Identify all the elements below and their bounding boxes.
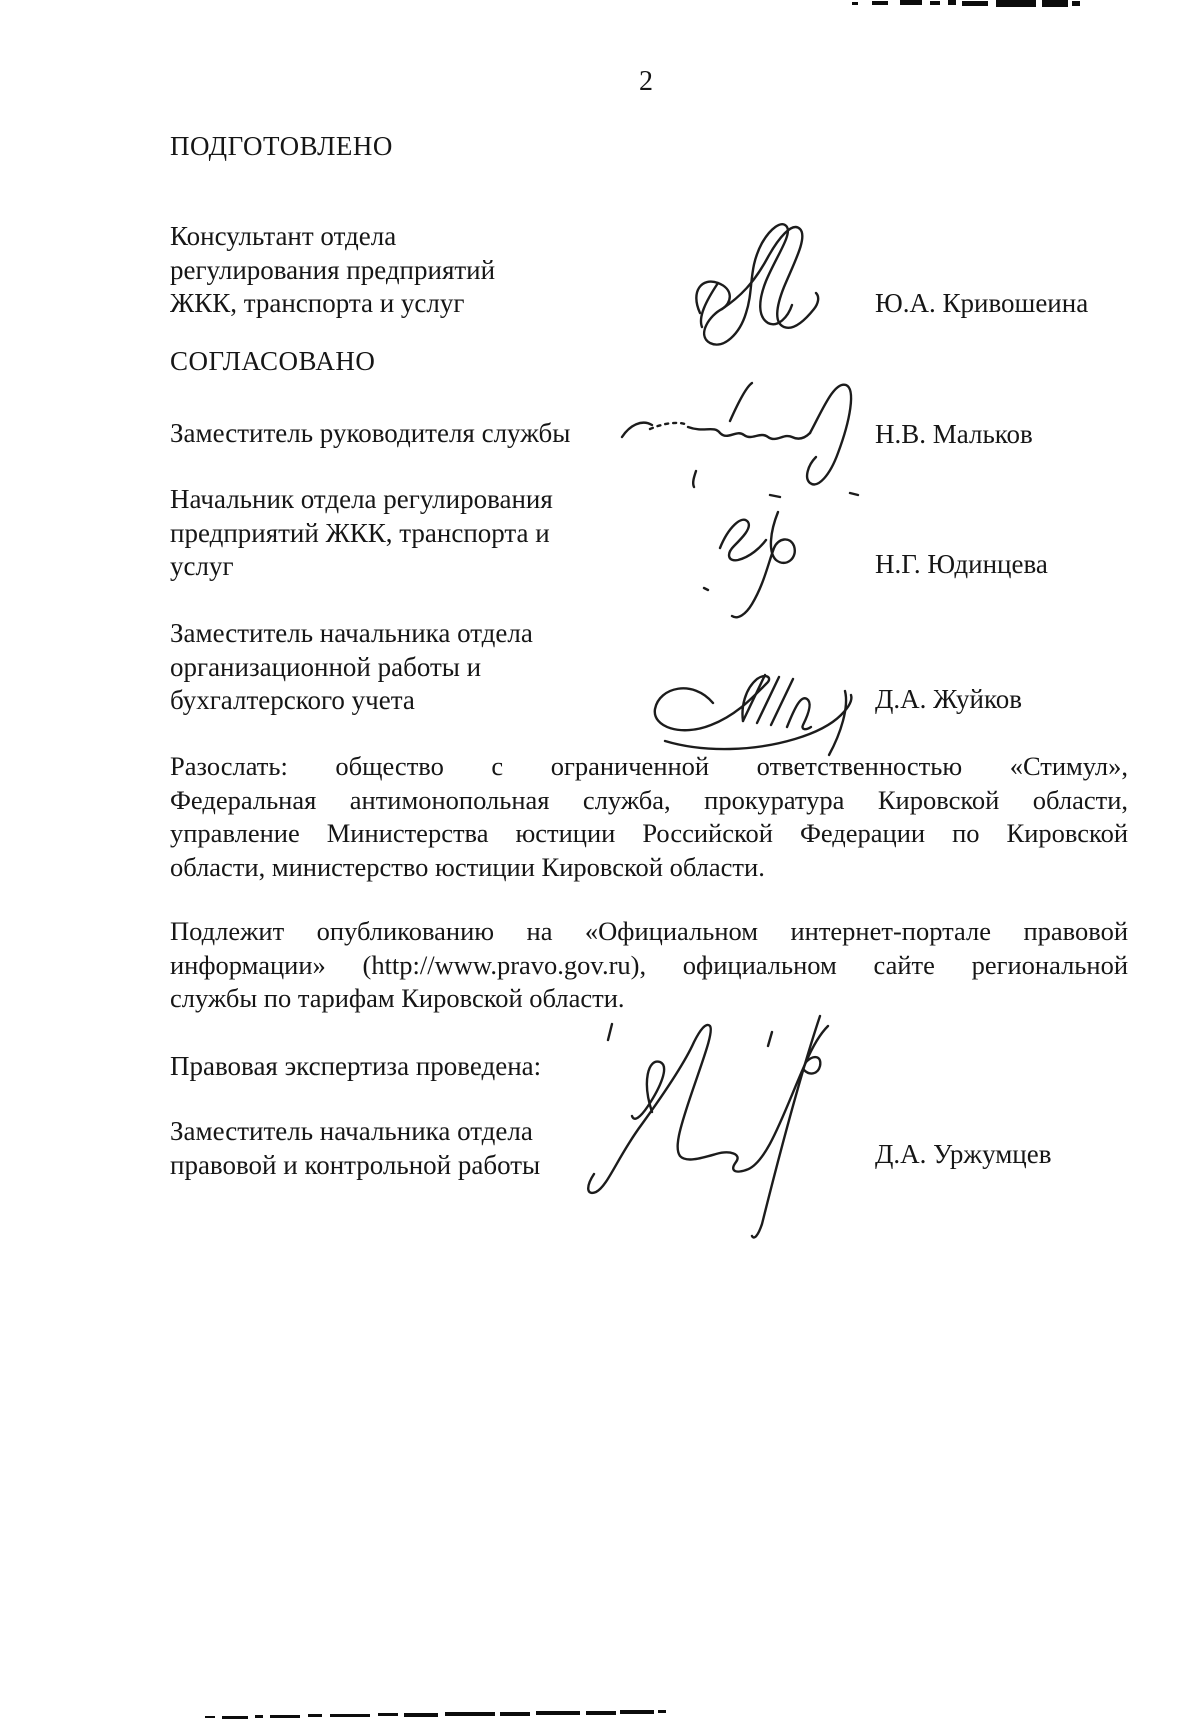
- heading-agreed: СОГЛАСОВАНО: [170, 345, 375, 379]
- paragraph-line: информации» (http://www.pravo.gov.ru), о…: [170, 949, 1128, 983]
- publication-paragraph: Подлежит опубликованию на «Официальном и…: [170, 915, 1128, 1016]
- signatory-name: Н.Г. Юдинцева: [875, 548, 1048, 582]
- signatory-role: Начальник отдела регулирования предприят…: [170, 483, 730, 584]
- paragraph-line: службы по тарифам Кировской области.: [170, 982, 1128, 1016]
- malkov-signature: [612, 375, 872, 500]
- page-number: 2: [639, 66, 653, 98]
- heading-prepared: ПОДГОТОВЛЕНО: [170, 130, 393, 164]
- paragraph-line: управление Министерства юстиции Российск…: [170, 817, 1128, 851]
- krivosheina-signature: [688, 205, 823, 350]
- paragraph-line: области, министерство юстиции Кировской …: [170, 851, 1128, 885]
- signatory-name: Ю.А. Кривошеина: [875, 287, 1088, 321]
- document-page: 2 ПОДГОТОВЛЕНО Консультант отдела регули…: [0, 0, 1200, 1721]
- signatory-name: Д.А. Уржумцев: [875, 1138, 1051, 1172]
- yudintseva-signature: [698, 500, 843, 625]
- zhuykov-signature: [645, 663, 870, 758]
- signatory-role: Консультант отдела регулирования предпри…: [170, 220, 690, 321]
- legal-review-label: Правовая экспертиза проведена:: [170, 1050, 541, 1084]
- paragraph-line: Разослать: общество с ограниченной ответ…: [170, 750, 1128, 784]
- paragraph-line: Федеральная антимонопольная служба, прок…: [170, 784, 1128, 818]
- paragraph-line: Подлежит опубликованию на «Официальном и…: [170, 915, 1128, 949]
- signatory-name: Д.А. Жуйков: [875, 683, 1022, 717]
- distribution-paragraph: Разослать: общество с ограниченной ответ…: [170, 750, 1128, 884]
- signatory-name: Н.В. Мальков: [875, 418, 1033, 452]
- urzhumtsev-signature: [582, 1012, 892, 1240]
